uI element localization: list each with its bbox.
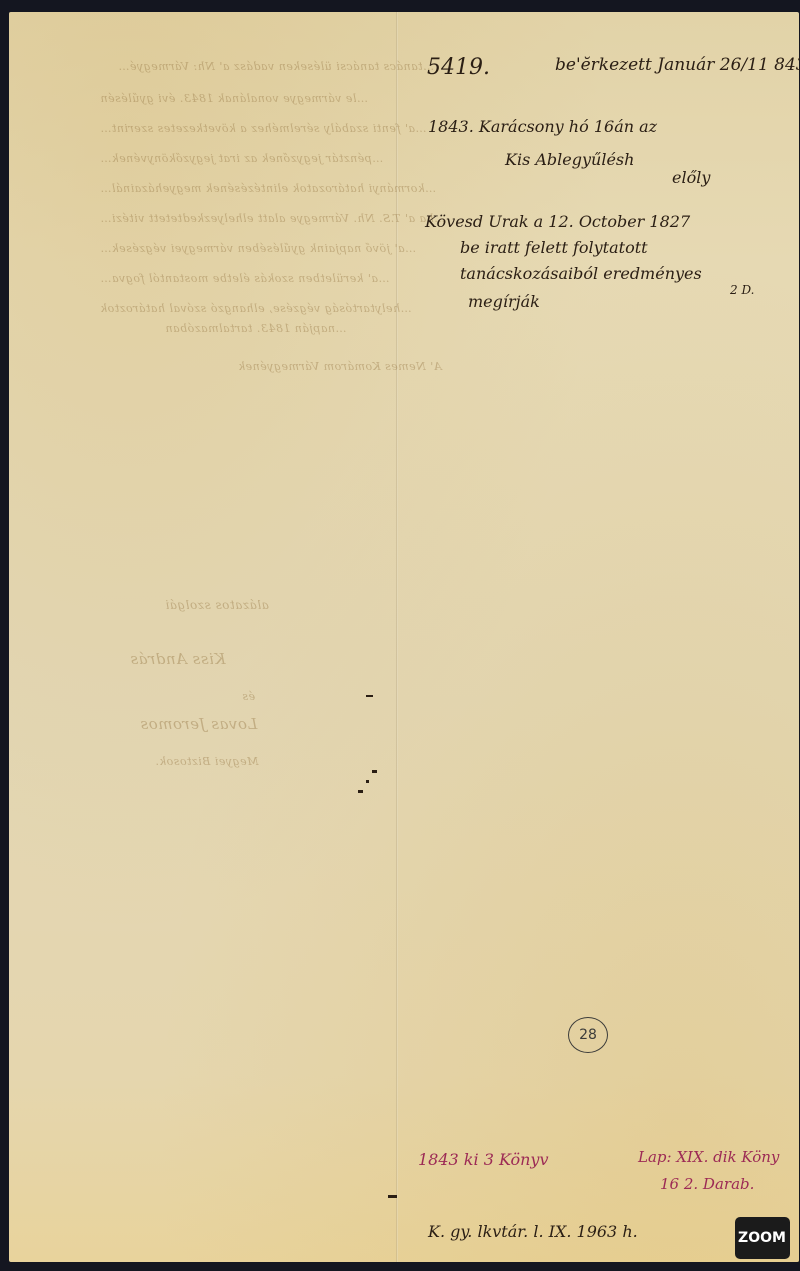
ink-blot <box>372 770 377 773</box>
received-date: be'ĕrkezett Január 26/11 843 <box>555 55 800 75</box>
ink-blot <box>366 695 373 697</box>
bleed-signature-line: Megyei Biztosok. <box>155 755 258 768</box>
page-number: 28 <box>579 1027 597 1043</box>
bleed-line: …ha a' T.S. Nh. Vármegye alatt elhelyezk… <box>100 212 445 225</box>
ink-blot <box>388 1195 397 1198</box>
body-line: Kövesd Urak a 12. October 1827 <box>425 212 690 231</box>
bleed-line: …kormányi határozatok elintézésének megy… <box>100 182 436 195</box>
zoom-badge-label: ZOOM <box>738 1230 786 1246</box>
body-line: be iratt felett folytatott <box>460 238 648 257</box>
page-fold <box>396 12 398 1262</box>
register-note-right-1: Lap: XIX. dik Köny <box>638 1148 779 1166</box>
body-line: megírják <box>468 292 540 311</box>
ink-blot <box>366 780 369 783</box>
bleed-line: …helytartóság végzése, elhangzó szóval h… <box>100 302 412 315</box>
reference-number: 5419. <box>427 55 490 80</box>
ink-blot <box>358 790 363 793</box>
bleed-signature-line: Kiss András <box>130 650 226 668</box>
bleed-line: …a' jövő napjaink gyűlésében vármegyei v… <box>100 242 416 255</box>
bleed-line: …a' fenti szabály sérelméhez a következe… <box>100 122 427 135</box>
bleed-signature-line: és <box>242 690 255 703</box>
bleed-signature-line: alázatos szolgái <box>165 598 269 612</box>
bleed-line: …napján 1843. tartalmazóban <box>165 322 347 335</box>
bleed-line: …pénztár jegyzőnek az irat jegyzőkönyvén… <box>100 152 383 165</box>
bleed-line: …le vármegye vonalának 1843. évi gyűlésé… <box>100 92 368 105</box>
marginal-note: 2 D. <box>730 283 754 297</box>
bleed-signature-line: Lovas Jeromos <box>140 715 257 733</box>
register-note-right-2: 16 2. Darab. <box>660 1175 754 1193</box>
header-line-2: Kis Ablegyűlésh <box>505 150 634 169</box>
register-note-left: 1843 ki 3 Könyv <box>418 1150 549 1169</box>
zoom-watermark-badge[interactable]: ZOOM <box>735 1217 790 1259</box>
header-line-1: 1843. Karácsony hó 16án az <box>428 117 657 136</box>
header-line-3: előly <box>672 168 710 187</box>
bleed-line: …a' kerületben szokás életbe mostantól f… <box>100 272 389 285</box>
page-number-circle: 28 <box>568 1017 608 1053</box>
manuscript-page <box>9 12 799 1262</box>
bleed-line: …tanács tanácsi üléseken vadász a' Nh: V… <box>118 60 434 73</box>
bleed-closing: A' Nemes Komárom Vármegyének <box>238 360 442 373</box>
archive-note: K. gy. lkvtár. l. IX. 1963 h. <box>428 1222 638 1241</box>
body-line: tanácskozásaiból eredményes <box>460 264 702 283</box>
